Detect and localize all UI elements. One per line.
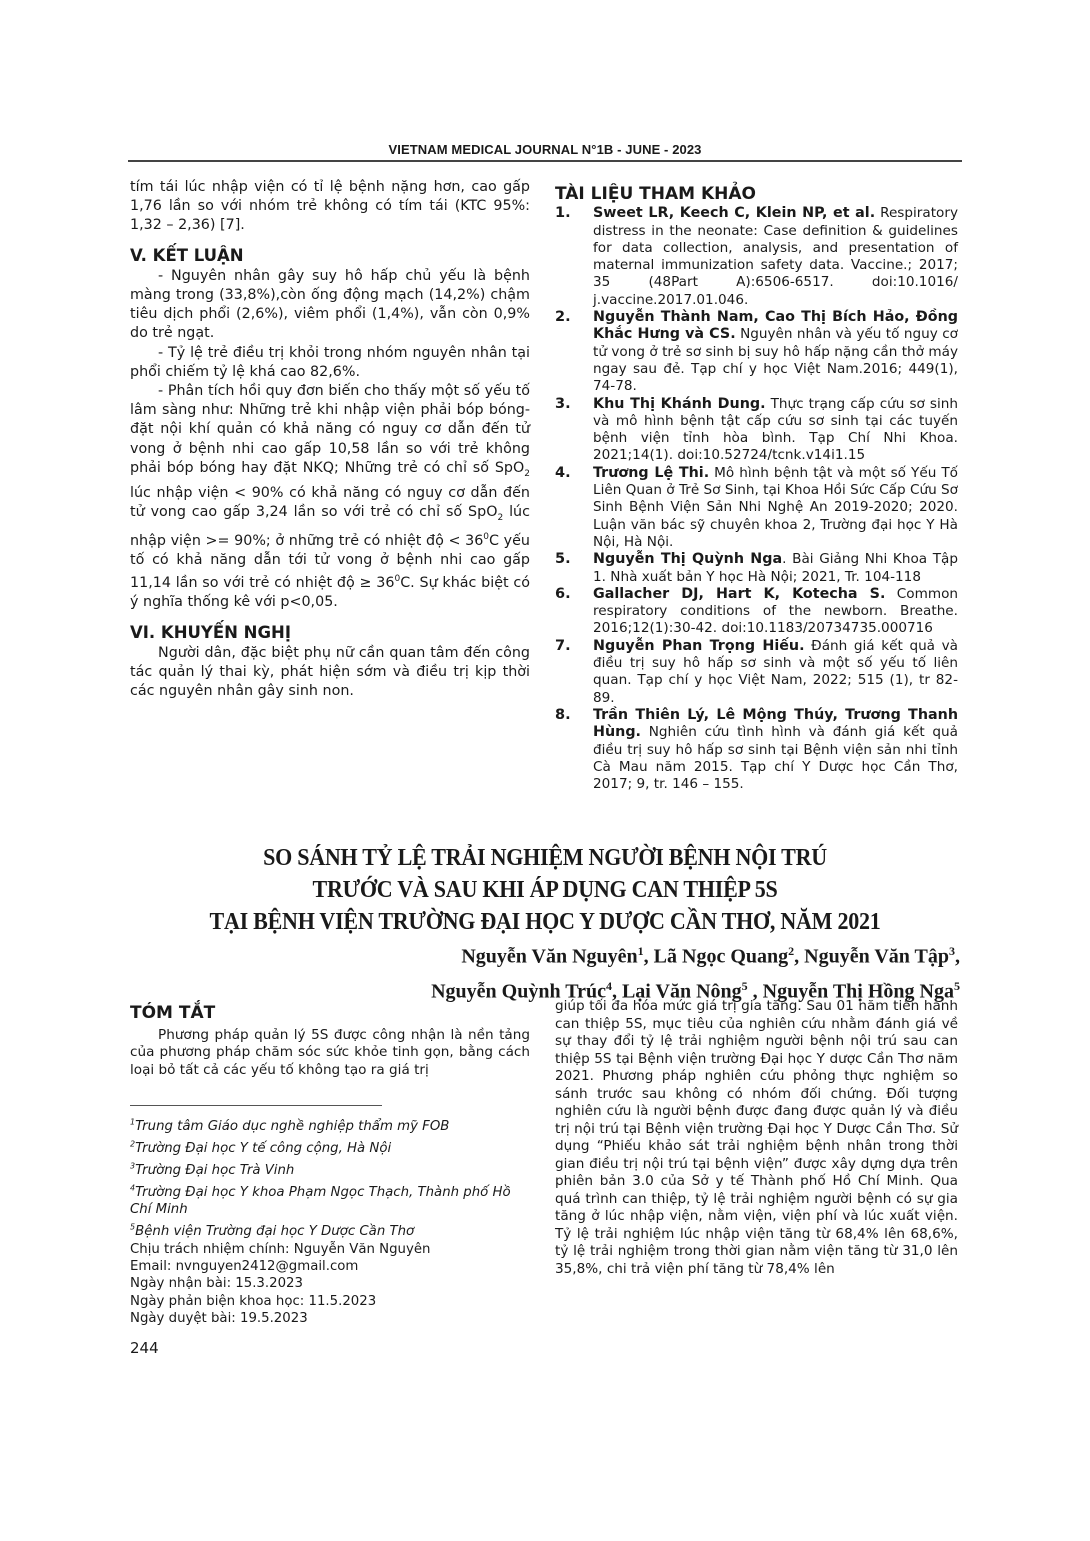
abstract-left-column: TÓM TẮT Phương pháp quản lý 5S được công… bbox=[130, 1005, 530, 1328]
affiliation-2: 2Trường Đại học Y tế công cộng, Hà Nội bbox=[130, 1136, 530, 1158]
journal-header: VIETNAM MEDICAL JOURNAL N°1B - JUNE - 20… bbox=[128, 142, 962, 157]
email: Email: nvnguyen2412@gmail.com bbox=[130, 1258, 530, 1275]
page-number: 244 bbox=[130, 1339, 159, 1357]
article-title: SO SÁNH TỶ LỆ TRẢI NGHIỆM NGƯỜI BỆNH NỘI… bbox=[170, 842, 921, 938]
reference-item: 5.Nguyễn Thị Quỳnh Nga. Bài Giảng Nhi Kh… bbox=[555, 551, 958, 586]
date-reviewed: Ngày phản biện khoa học: 11.5.2023 bbox=[130, 1293, 530, 1310]
conclusion-3: - Phân tích hồi quy đơn biến cho thấy mộ… bbox=[130, 382, 530, 612]
date-received: Ngày nhận bài: 15.3.2023 bbox=[130, 1275, 530, 1292]
conclusion-2: - Tỷ lệ trẻ điều trị khỏi trong nhóm ngu… bbox=[130, 344, 530, 382]
corresponding-author: Chịu trách nhiệm chính: Nguyễn Văn Nguyê… bbox=[130, 1241, 530, 1258]
abstract-text-part2: giúp tối đa hóa mức giá trị gia tăng. Sa… bbox=[555, 998, 958, 1278]
abstract-text-part1: Phương pháp quản lý 5S được công nhận là… bbox=[130, 1027, 530, 1080]
references-heading: TÀI LIỆU THAM KHẢO bbox=[555, 186, 958, 203]
recommendation: Người dân, đặc biệt phụ nữ cần quan tâm … bbox=[130, 644, 530, 702]
abstract-right-column: giúp tối đa hóa mức giá trị gia tăng. Sa… bbox=[555, 998, 958, 1278]
section-v-heading: V. KẾT LUẬN bbox=[130, 246, 530, 265]
reference-item: 4.Trương Lệ Thi. Mô hình bệnh tật và một… bbox=[555, 465, 958, 551]
affiliation-5: 5Bệnh viện Trường đại học Y Dược Cần Thơ bbox=[130, 1219, 530, 1241]
header-rule bbox=[128, 160, 962, 162]
reference-item: 2.Nguyễn Thành Nam, Cao Thị Bích Hảo, Đồ… bbox=[555, 309, 958, 395]
reference-item: 8.Trần Thiên Lý, Lê Mộng Thúy, Trương Th… bbox=[555, 707, 958, 793]
references-section: TÀI LIỆU THAM KHẢO 1.Sweet LR, Keech C, … bbox=[555, 186, 958, 793]
section-vi-heading: VI. KHUYẾN NGHỊ bbox=[130, 623, 530, 642]
reference-item: 3.Khu Thị Khánh Dung. Thực trạng cấp cứu… bbox=[555, 396, 958, 465]
affiliation-1: 1Trung tâm Giáo dục nghề nghiệp thẩm mỹ … bbox=[130, 1114, 530, 1136]
date-accepted: Ngày duyệt bài: 19.5.2023 bbox=[130, 1310, 530, 1327]
reference-item: 6.Gallacher DJ, Hart K, Kotecha S. Commo… bbox=[555, 586, 958, 638]
reference-item: 1.Sweet LR, Keech C, Klein NP, et al. Re… bbox=[555, 205, 958, 309]
abstract-heading: TÓM TẮT bbox=[130, 1005, 530, 1023]
affiliation-3: 3Trường Đại học Trà Vinh bbox=[130, 1158, 530, 1180]
continued-paragraph: tím tái lúc nhập viện có tỉ lệ bệnh nặng… bbox=[130, 178, 530, 236]
article-authors: Nguyễn Văn Nguyên1, Lã Ngọc Quang2, Nguy… bbox=[330, 937, 960, 1006]
reference-item: 7.Nguyễn Phan Trọng Hiếu. Đánh giá kết q… bbox=[555, 638, 958, 707]
affiliation-4: 4Trường Đại học Y khoa Phạm Ngọc Thạch, … bbox=[130, 1179, 530, 1218]
conclusion-1: - Nguyên nhân gây suy hô hấp chủ yếu là … bbox=[130, 267, 530, 344]
prev-article-left-column: tím tái lúc nhập viện có tỉ lệ bệnh nặng… bbox=[130, 178, 530, 701]
footnote-rule bbox=[130, 1105, 382, 1106]
